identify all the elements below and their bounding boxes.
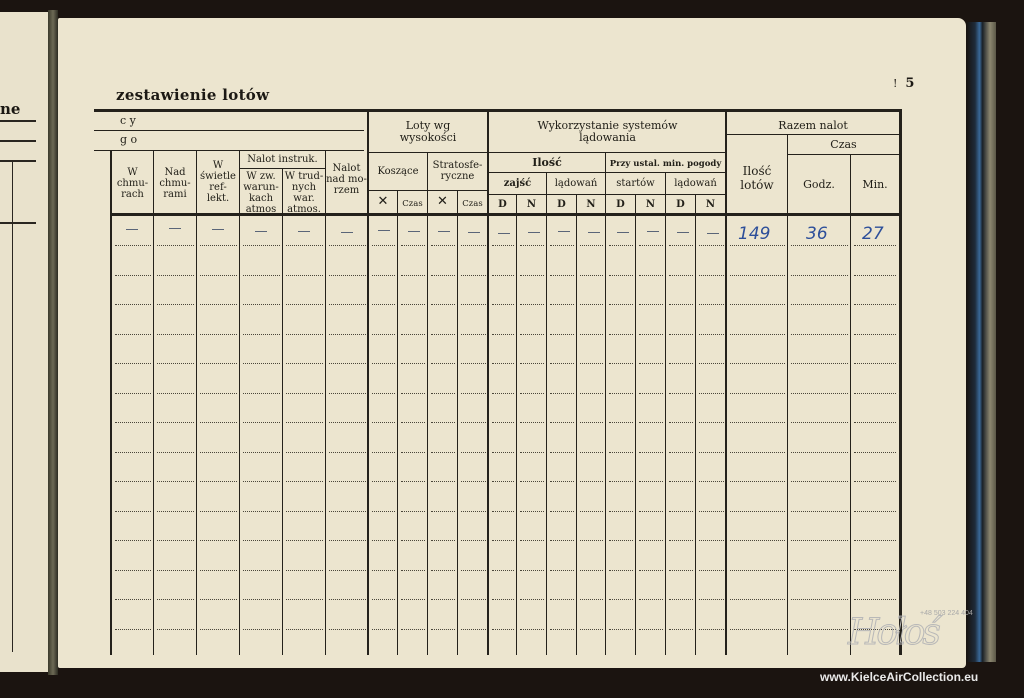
left-page-rule <box>0 160 36 162</box>
page-title: zestawienie lotów <box>116 86 269 104</box>
page-number: !5 <box>893 76 914 91</box>
left-page-rule <box>0 140 36 142</box>
page-number-value: 5 <box>905 76 914 91</box>
logbook-page <box>58 18 966 668</box>
watermark-url: www.KielceAirCollection.eu <box>820 670 978 684</box>
left-page-rule <box>0 222 36 224</box>
page-edge <box>966 22 996 662</box>
left-page: ne <box>0 12 50 672</box>
book-spine <box>48 10 58 675</box>
collector-signature: Hołoś <box>848 612 938 653</box>
left-page-title-fragment: ne <box>0 100 20 118</box>
left-page-rule <box>0 120 36 122</box>
left-page-column-line <box>12 162 13 652</box>
page-mark: ! <box>893 77 897 90</box>
watermark-phone: +48 503 224 404 <box>920 610 973 617</box>
